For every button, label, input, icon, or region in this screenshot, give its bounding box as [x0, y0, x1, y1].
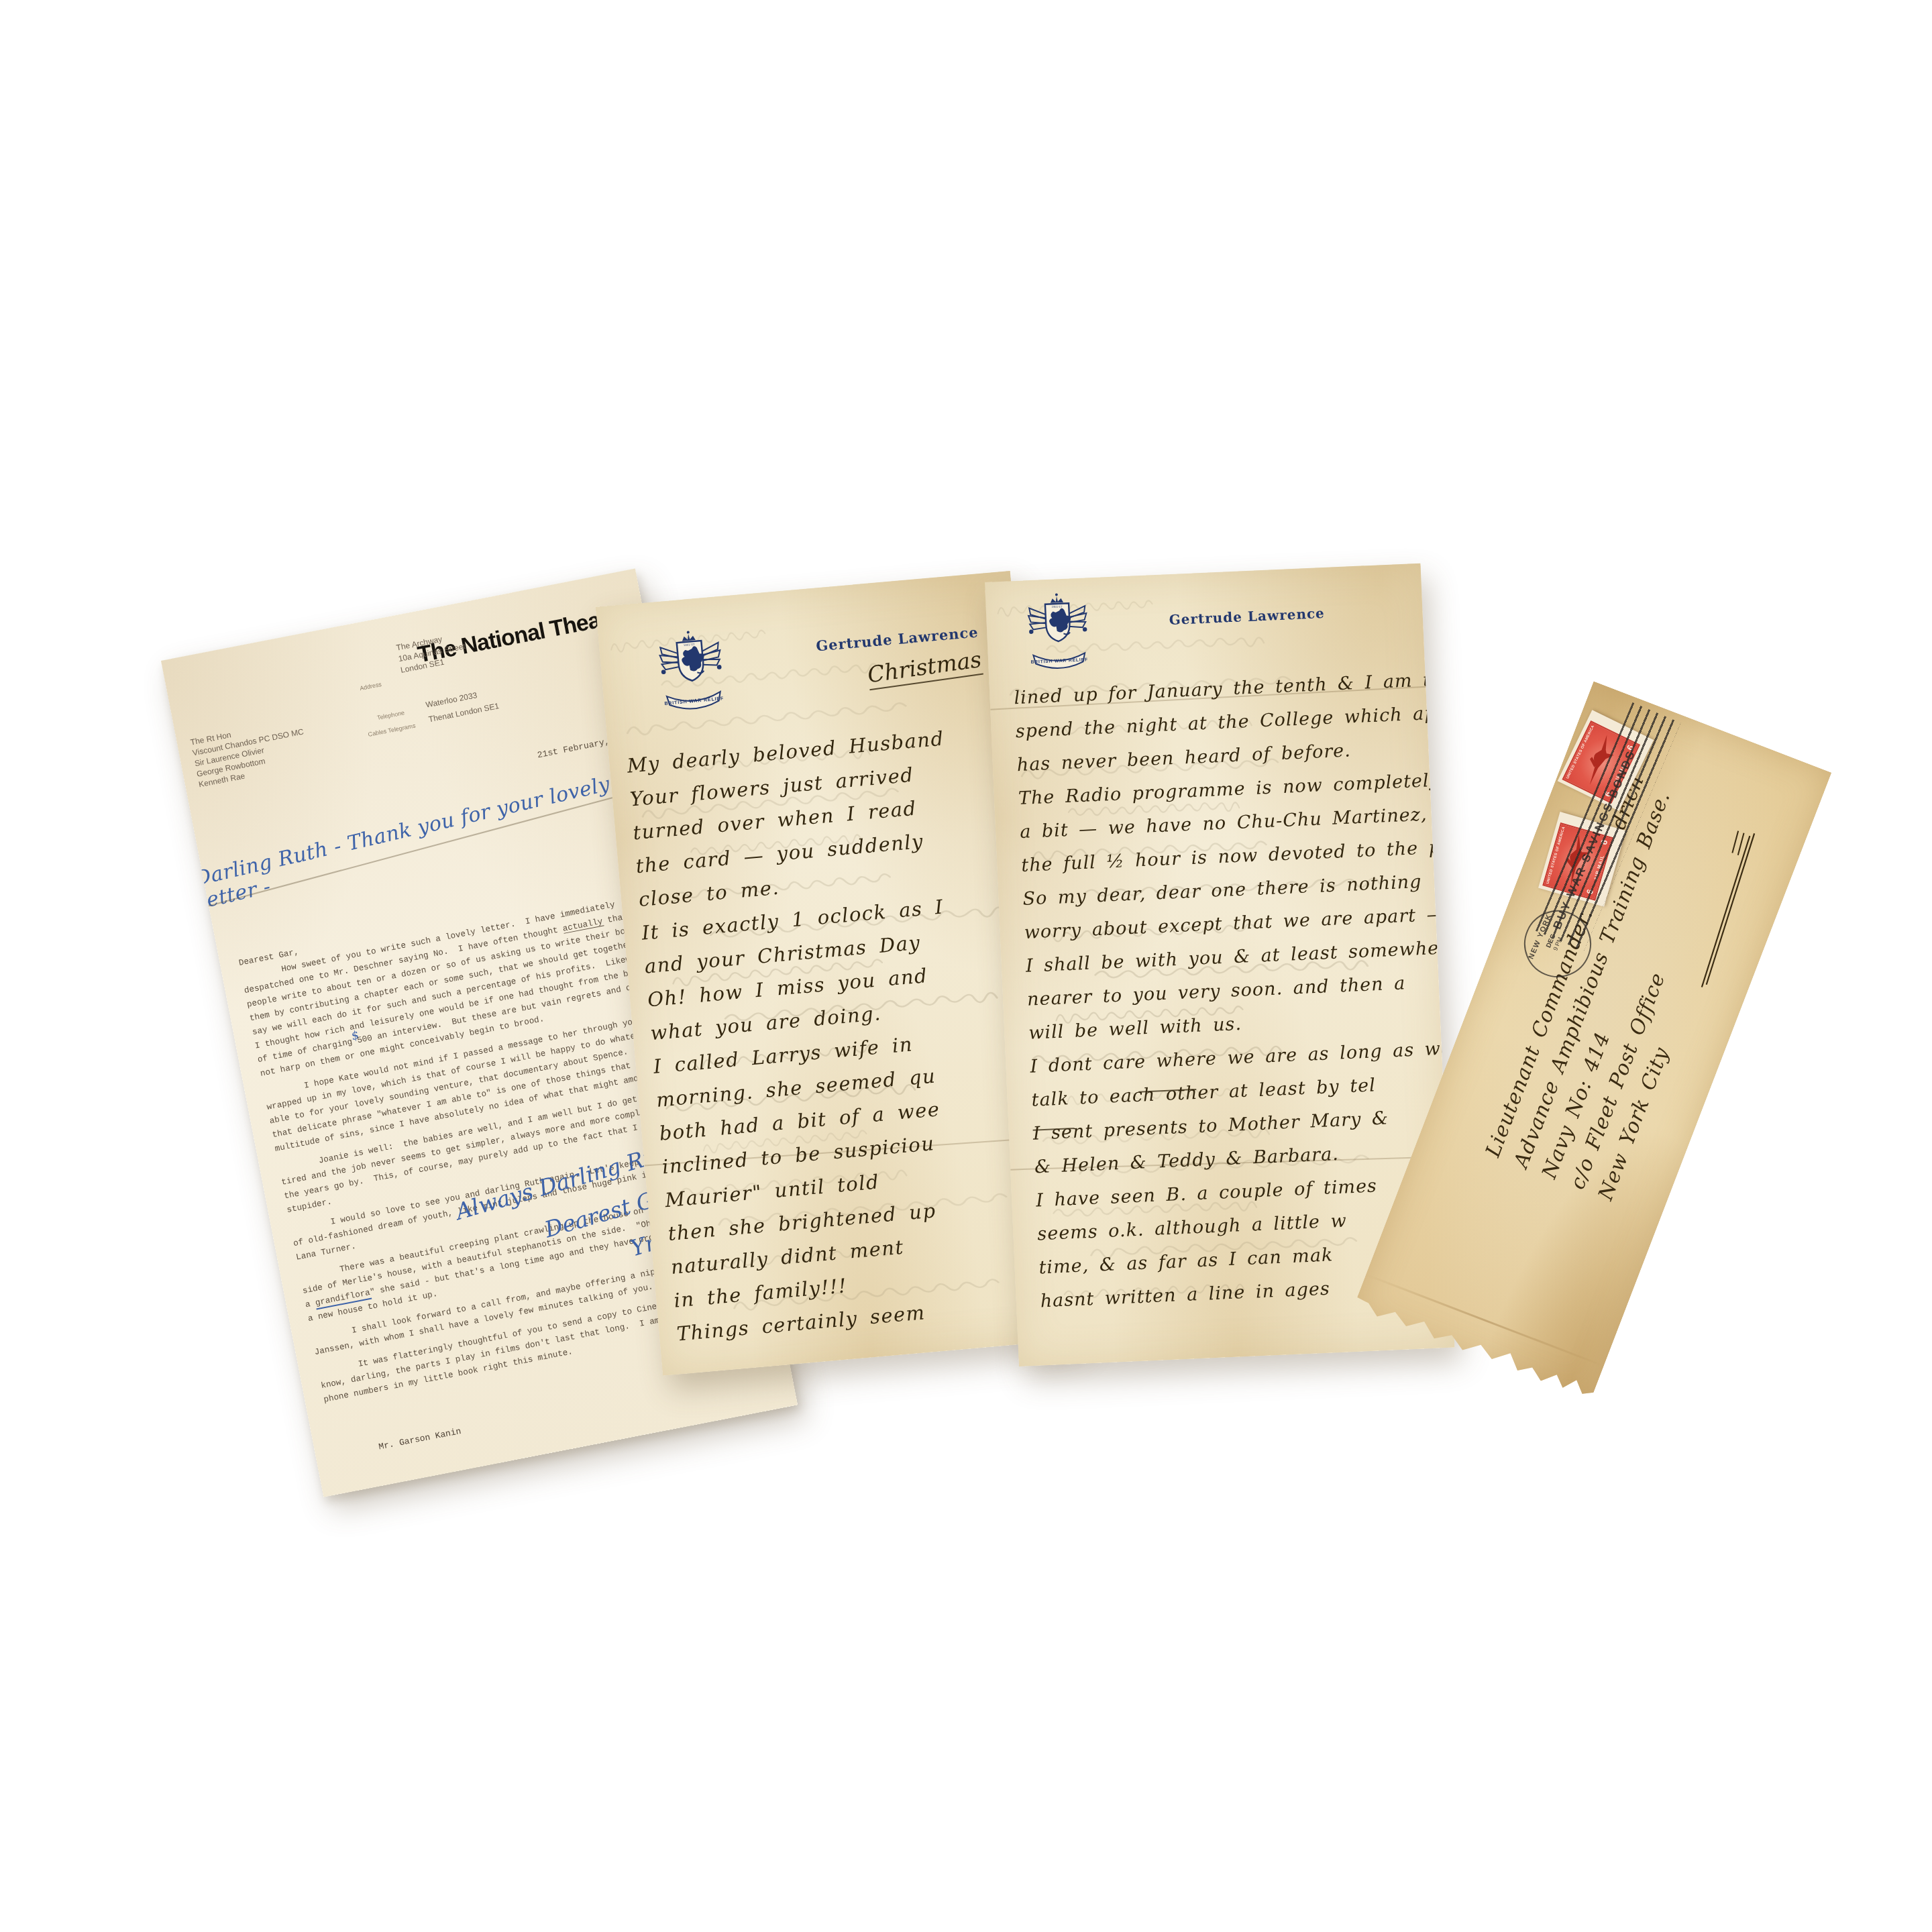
recipient-name: Mr. Garson Kanin: [378, 1426, 462, 1452]
letterhead-officers: The Rt HonViscount Chandos PC DSO MCSir …: [190, 716, 311, 790]
handwritten-heading: Christmas: [866, 646, 983, 690]
british-war-relief-crest-icon: [654, 625, 729, 716]
ink-bleedthrough: [596, 571, 1010, 607]
telephone-label: Telephone: [376, 709, 405, 721]
british-war-relief-crest-icon: [1024, 588, 1092, 674]
handwritten-body: My dearly beloved HusbandYour flowers ju…: [626, 722, 996, 1351]
address-value: The Archway10a Aquinas StreetLondon SE1: [395, 630, 468, 676]
ink-bleedthrough: [985, 563, 1420, 582]
gertrude-lawrence-letterhead: Gertrude Lawrence: [1169, 605, 1325, 628]
cables-label: Cables Telegrams: [368, 722, 416, 739]
photograph-of-letters: The National Theatre The Rt HonViscount …: [0, 0, 1932, 1932]
address-label: Address: [359, 681, 382, 692]
